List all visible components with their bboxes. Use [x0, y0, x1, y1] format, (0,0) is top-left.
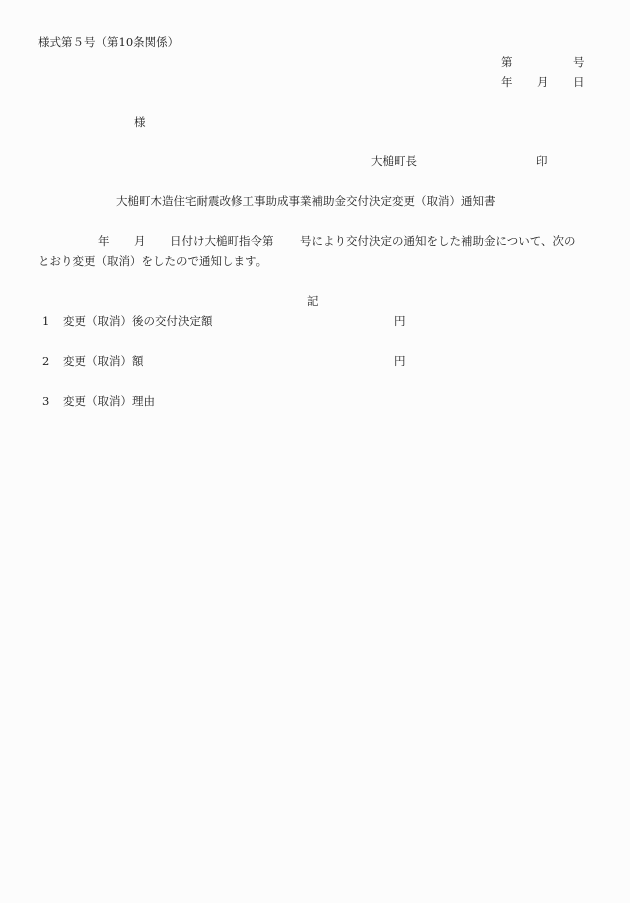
date-year: 年	[501, 75, 513, 89]
body-year: 年	[98, 234, 110, 248]
date-month: 月	[537, 75, 549, 89]
item-label: 変更（取消）後の交付決定額	[63, 314, 213, 328]
item-unit: 円	[394, 314, 406, 328]
form-label: 様式第５号（第10条関係）	[38, 35, 179, 49]
number-prefix: 第	[501, 55, 513, 69]
item-number: 2	[42, 354, 49, 368]
ki-heading: 記	[307, 294, 319, 308]
item-label: 変更（取消）額	[63, 354, 144, 368]
issuer-seal: 印	[536, 154, 548, 168]
body-line1-tail: 号により交付決定の通知をした補助金について、次の	[300, 234, 576, 248]
document-title: 大槌町木造住宅耐震改修工事助成事業補助金交付決定変更（取消）通知書	[116, 194, 496, 208]
item-number: 3	[42, 394, 49, 408]
body-line2: とおり変更（取消）をしたので通知します。	[38, 254, 267, 268]
body-line1-middle: 日付け大槌町指令第	[170, 234, 274, 248]
number-suffix: 号	[573, 55, 585, 69]
addressee-suffix: 様	[134, 115, 146, 129]
body-month: 月	[134, 234, 146, 248]
date-day: 日	[573, 75, 585, 89]
item-label: 変更（取消）理由	[63, 394, 155, 408]
item-number: 1	[42, 314, 49, 328]
issuer-title: 大槌町長	[371, 154, 417, 168]
item-unit: 円	[394, 354, 406, 368]
